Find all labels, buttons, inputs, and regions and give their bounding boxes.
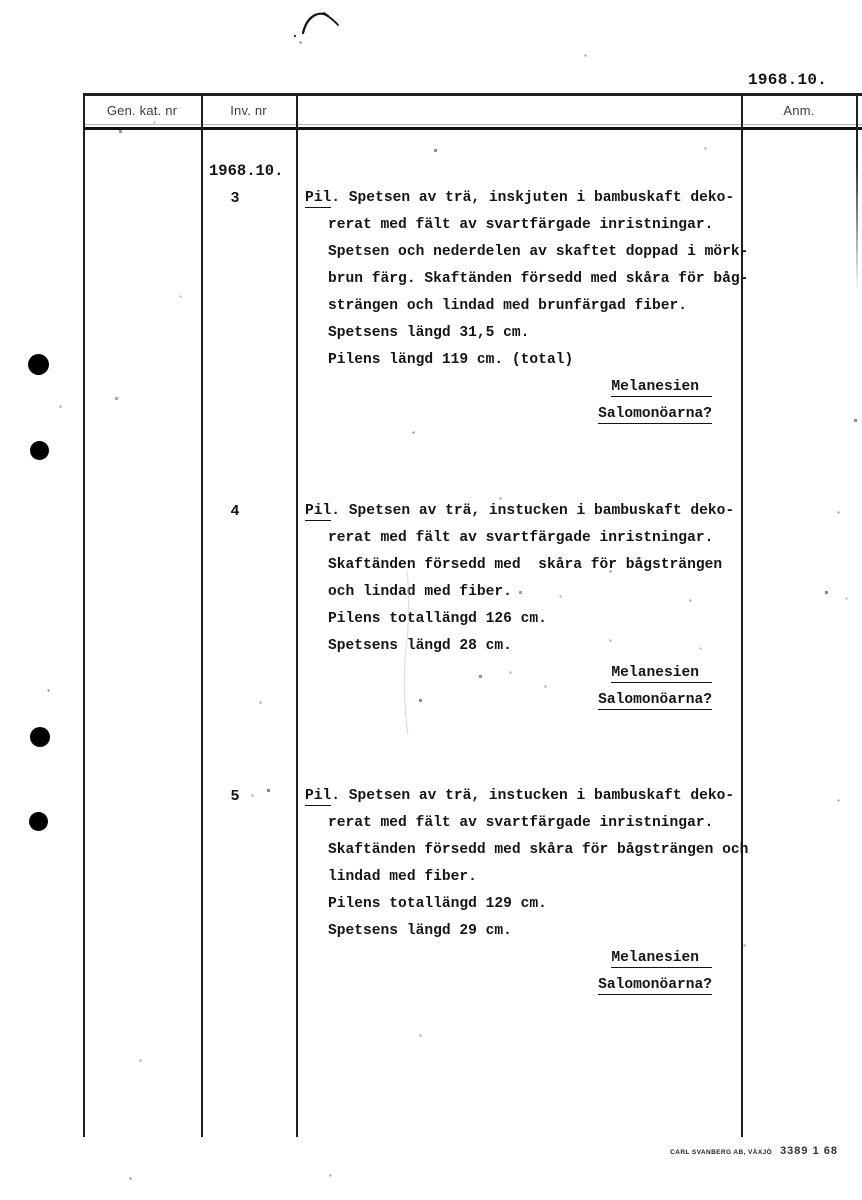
entry-measurement-line: Pilens totallängd 129 cm. <box>328 891 742 918</box>
table-left-border <box>83 93 85 1137</box>
entry-description-line: Pil. Spetsen av trä, inskjuten i bambusk… <box>328 185 742 212</box>
punch-hole-dot <box>30 441 49 460</box>
column-header-inv-nr: Inv. nr <box>201 103 296 118</box>
entry-description-line: strängen och lindad med brunfärgad fiber… <box>328 293 742 320</box>
paper-crease-mark <box>398 570 418 735</box>
entry-description-line: rerat med fält av svartfärgade inristnin… <box>328 525 742 552</box>
entry-origin-region: Melanesien <box>328 660 742 687</box>
punch-hole-dot <box>30 727 50 747</box>
catalog-entry: Pil. Spetsen av trä, instucken i bambusk… <box>306 783 742 999</box>
punch-hole-dot <box>29 812 48 831</box>
entry-measurement-line: Spetsens längd 28 cm. <box>328 633 742 660</box>
entry-measurement-line: Spetsens längd 29 cm. <box>328 918 742 945</box>
entry-measurement-line: Pilens längd 119 cm. (total) <box>328 347 742 374</box>
column-header-anm: Anm. <box>741 103 857 118</box>
punch-hole-dot <box>28 354 49 375</box>
entry-description-line: Spetsen och nederdelen av skaftet doppad… <box>328 239 742 266</box>
entry-origin-region: Melanesien <box>328 945 742 972</box>
handwritten-mark <box>288 6 348 42</box>
entry-description-line: Skaftänden försedd med skåra för bågsträ… <box>328 552 742 579</box>
entry-measurement-line: Spetsens längd 31,5 cm. <box>328 320 742 347</box>
entry-number-4: 4 <box>215 498 255 525</box>
entry-text: . Spetsen av trä, instucken i bambuskaft… <box>331 788 734 804</box>
column-divider-2 <box>296 93 298 1137</box>
entry-origin-region: Melanesien <box>328 374 742 401</box>
entry-lead-word: Pil <box>305 788 331 806</box>
entry-description-line: och lindad med fiber. <box>328 579 742 606</box>
entry-text: . Spetsen av trä, instucken i bambuskaft… <box>331 503 734 519</box>
page-date-code: 1968.10. <box>748 71 827 89</box>
print-code: 3389 1 68 <box>780 1145 838 1157</box>
catalog-entry: Pil. Spetsen av trä, instucken i bambusk… <box>306 498 742 714</box>
entry-description-line: Pil. Spetsen av trä, instucken i bambusk… <box>328 498 742 525</box>
entry-description-line: brun färg. Skaftänden försedd med skåra … <box>328 266 742 293</box>
table-top-border <box>83 93 862 96</box>
table-right-border <box>856 93 858 333</box>
entry-lead-word: Pil <box>305 190 331 208</box>
entry-description-line: Skaftänden försedd med skåra för bågsträ… <box>328 837 742 864</box>
entry-description-line: rerat med fält av svartfärgade inristnin… <box>328 212 742 239</box>
entry-lead-word: Pil <box>305 503 331 521</box>
entry-description-line: Pil. Spetsen av trä, instucken i bambusk… <box>328 783 742 810</box>
header-divider <box>83 127 862 130</box>
entry-description-line: rerat med fält av svartfärgade inristnin… <box>328 810 742 837</box>
entry-number-3: 3 <box>215 185 255 212</box>
entry-measurement-line: Pilens totallängd 126 cm. <box>328 606 742 633</box>
catalog-entry: Pil. Spetsen av trä, inskjuten i bambusk… <box>306 185 742 428</box>
printer-name: CARL SVANBERG AB, VÄXJÖ <box>670 1149 772 1156</box>
scan-noise <box>0 0 1 1</box>
entry-origin-place: Salomonöarna? <box>328 401 742 428</box>
column-divider-1 <box>201 93 203 1137</box>
column-header-gen-kat-nr: Gen. kat. nr <box>83 103 201 118</box>
printer-imprint: CARL SVANBERG AB, VÄXJÖ 3389 1 68 <box>0 1145 838 1157</box>
entry-description-line: lindad med fiber. <box>328 864 742 891</box>
entry-origin-place: Salomonöarna? <box>328 687 742 714</box>
entry-origin-place: Salomonöarna? <box>328 972 742 999</box>
scanned-catalog-page: 1968.10. Gen. kat. nr Inv. nr Anm. 1968.… <box>0 0 862 1200</box>
inventory-year-label: 1968.10. <box>209 162 283 180</box>
entry-number-5: 5 <box>215 783 255 810</box>
entry-text: . Spetsen av trä, inskjuten i bambuskaft… <box>331 190 734 206</box>
header-divider-ghost <box>83 124 862 125</box>
